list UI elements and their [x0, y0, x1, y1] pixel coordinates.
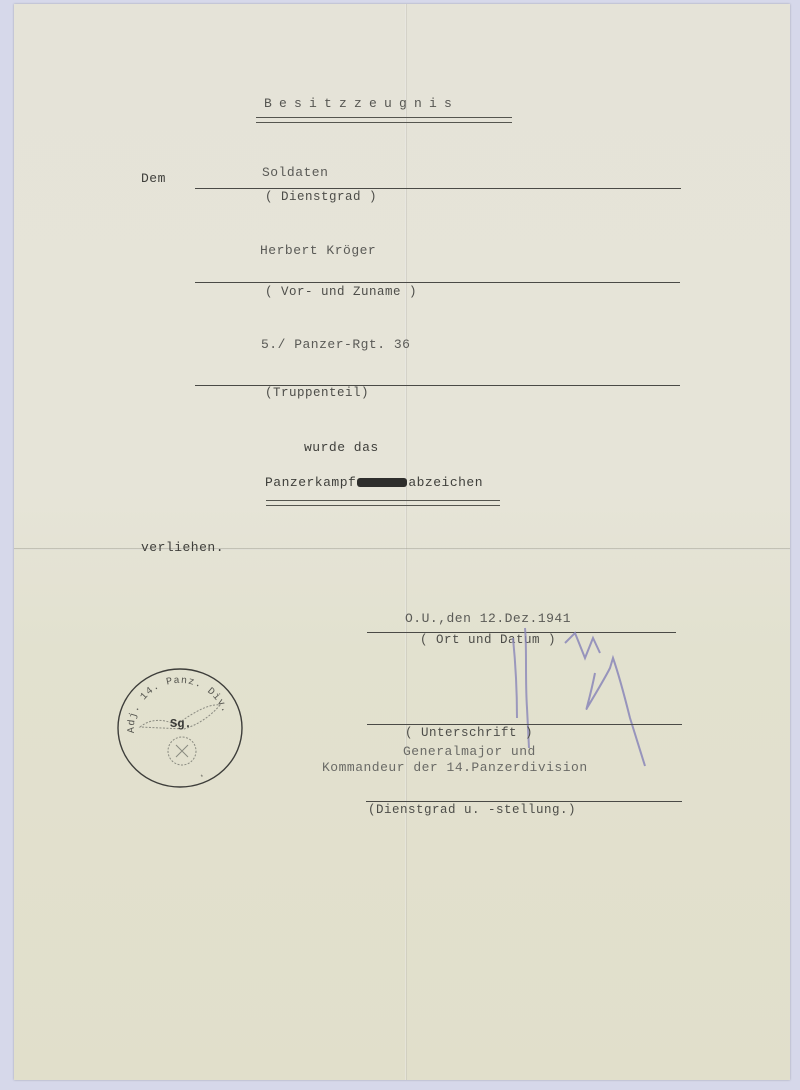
vertical-fold-crease	[405, 4, 407, 1080]
award-name: Panzerkampfabzeichen	[265, 475, 483, 490]
award-suffix: abzeichen	[408, 475, 483, 490]
award-double-underline	[266, 500, 500, 506]
svg-text:*: *	[200, 774, 204, 781]
signer-position: Kommandeur der 14.Panzerdivision	[322, 760, 588, 775]
official-stamp-icon: Adj. 14. Panz. Div. Sg. *	[112, 665, 248, 791]
redacted-overstrike	[357, 478, 407, 487]
name-line	[195, 282, 680, 283]
unit-value: 5./ Panzer-Rgt. 36	[261, 337, 410, 352]
unit-label: (Truppenteil)	[265, 386, 369, 400]
signer-rank: Generalmajor und	[403, 744, 536, 759]
position-label: (Dienstgrad u. -stellung.)	[368, 803, 576, 817]
awarded-text: wurde das	[304, 440, 379, 455]
name-value: Herbert Kröger	[260, 243, 376, 258]
award-prefix: Panzerkampf	[265, 475, 356, 490]
rank-label: ( Dienstgrad )	[265, 190, 377, 204]
document-title: Besitzzeugnis	[264, 96, 459, 111]
certificate-paper	[14, 4, 790, 1080]
name-label: ( Vor- und Zuname )	[265, 285, 417, 299]
horizontal-fold-crease	[14, 548, 790, 550]
rank-value: Soldaten	[262, 165, 328, 180]
svg-text:Sg.: Sg.	[170, 717, 192, 731]
conferred-text: verliehen.	[141, 540, 224, 555]
title-double-underline	[256, 117, 512, 123]
signature-label: ( Unterschrift )	[405, 726, 533, 740]
recipient-prefix: Dem	[141, 171, 166, 186]
